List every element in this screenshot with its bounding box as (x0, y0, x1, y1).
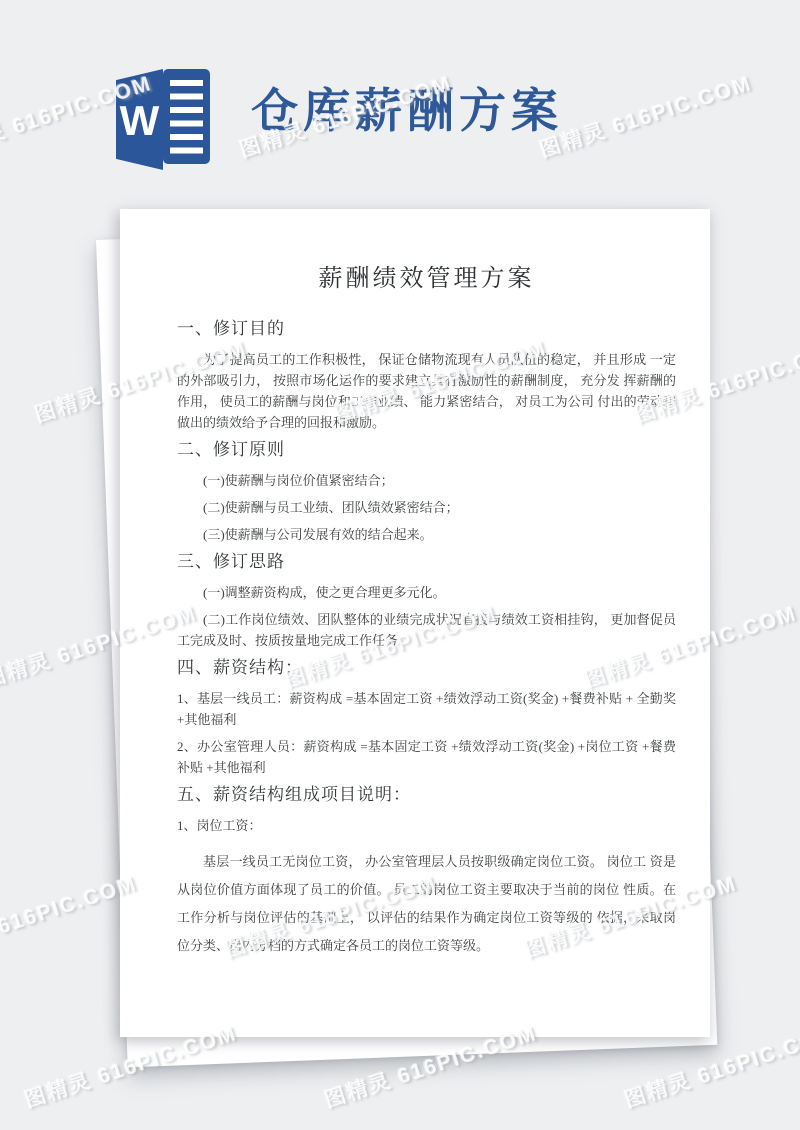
section-heading: 二、修订原则 (177, 439, 676, 460)
sub-heading: 1、岗位工资： (177, 815, 676, 836)
section-structure-notes: 五、薪资结构组成项目说明： 1、岗位工资： 基层一线员工无岗位工资， 办公室管理… (177, 784, 676, 960)
list-item: 1、基层一线员工：薪资构成 =基本固定工资 +绩效浮动工资(奖金) +餐费补贴 … (177, 688, 676, 730)
word-icon-doc-panel (163, 69, 210, 164)
list-item: (二)使薪酬与员工业绩、团队绩效紧密结合； (177, 497, 676, 518)
paragraph: 为了提高员工的工作积极性， 保证仓储物流现有人员队伍的稳定， 并且形成 一定的外… (177, 349, 676, 433)
section-revision-purpose: 一、修订目的 为了提高员工的工作积极性， 保证仓储物流现有人员队伍的稳定， 并且… (177, 318, 676, 433)
list-item: (三)使薪酬与公司发展有效的结合起来。 (177, 524, 676, 545)
document-page: 薪酬绩效管理方案 一、修订目的 为了提高员工的工作积极性， 保证仓储物流现有人员… (120, 209, 710, 1037)
section-heading: 四、薪资结构： (177, 657, 676, 678)
list-item: 2、办公室管理人员：薪资构成 =基本固定工资 +绩效浮动工资(奖金) +岗位工资… (177, 736, 676, 778)
word-icon: W (107, 63, 217, 171)
section-heading: 一、修订目的 (177, 318, 676, 339)
list-item: (二)工作岗位绩效、团队整体的业绩完成状况直接与绩效工资相挂钩， 更加督促员工完… (177, 609, 676, 651)
document-title: 薪酬绩效管理方案 (177, 266, 676, 292)
list-item: (一)使薪酬与岗位价值紧密结合； (177, 470, 676, 491)
word-icon-letter: W (120, 100, 160, 142)
section-salary-structure: 四、薪资结构： 1、基层一线员工：薪资构成 =基本固定工资 +绩效浮动工资(奖金… (177, 657, 676, 778)
section-heading: 五、薪资结构组成项目说明： (177, 784, 676, 805)
section-heading: 三、修订思路 (177, 551, 676, 572)
word-icon-doc-lines (170, 80, 203, 154)
page-title: 仓库薪酬方案 (251, 74, 563, 141)
preview-canvas: W 仓库薪酬方案 薪酬绩效管理方案 一、修订目的 为了提高员工的工作积极性， 保… (0, 0, 800, 1130)
section-revision-approach: 三、修订思路 (一)调整薪资构成，使之更合理更多元化。 (二)工作岗位绩效、团队… (177, 551, 676, 651)
header: W 仓库薪酬方案 (0, 0, 800, 200)
paragraph: 基层一线员工无岗位工资， 办公室管理层人员按职级确定岗位工资。 岗位工 资是从岗… (177, 848, 676, 960)
section-revision-principles: 二、修订原则 (一)使薪酬与岗位价值紧密结合； (二)使薪酬与员工业绩、团队绩效… (177, 439, 676, 545)
list-item: (一)调整薪资构成，使之更合理更多元化。 (177, 582, 676, 603)
word-icon-w-panel: W (116, 69, 163, 170)
